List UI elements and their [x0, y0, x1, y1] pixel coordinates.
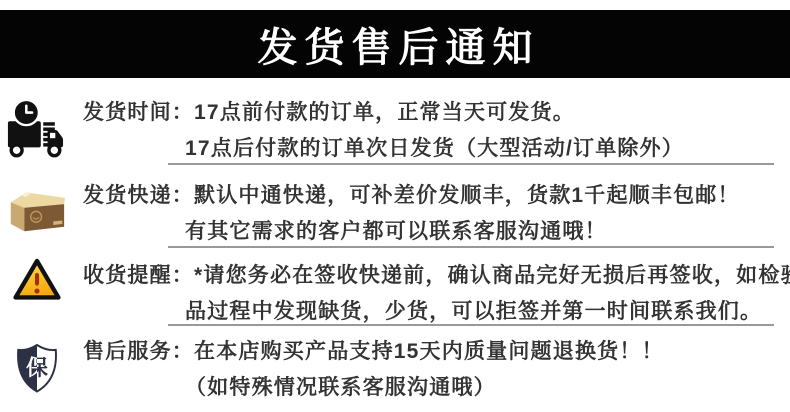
row-label: 发货快递：	[83, 184, 194, 207]
row-content: 默认中通快递，可补差价发顺丰，货款1千起顺丰包邮！	[194, 184, 740, 207]
shield-guarantee-icon: 保 保	[13, 340, 61, 398]
row-line: 售后服务：在本店购买产品支持15天内质量问题退换货！！	[83, 334, 783, 370]
row-after-sales: 售后服务：在本店购买产品支持15天内质量问题退换货！！ （如特殊情况联系客服沟通…	[83, 334, 783, 406]
divider	[168, 246, 774, 248]
divider	[168, 163, 774, 165]
notice-banner: 发货售后通知	[0, 10, 790, 78]
row-content-continued: 17点后付款的订单次日发货（大型活动/订单除外）	[83, 131, 783, 167]
notice-title: 发货售后通知	[251, 16, 540, 73]
package-box-icon	[7, 187, 67, 234]
shipping-after-sales-notice: 发货售后通知 发货时间：17点前付款的订单，正常当天可发货。 17点后付款的订单…	[0, 0, 790, 412]
row-content: 在本店购买产品支持15天内质量问题退换货！！	[194, 340, 664, 363]
row-content: *请您务必在签收快递前，确认商品完好无损后再签收，如检验商	[194, 264, 790, 287]
row-courier: 发货快递：默认中通快递，可补差价发顺丰，货款1千起顺丰包邮！ 有其它需求的客户都…	[83, 178, 783, 250]
divider	[168, 324, 774, 326]
truck-clock-icon	[6, 96, 64, 162]
row-line: 收货提醒：*请您务必在签收快递前，确认商品完好无损后再签收，如检验商	[83, 258, 783, 294]
row-label: 发货时间：	[83, 101, 194, 124]
row-line: 发货快递：默认中通快递，可补差价发顺丰，货款1千起顺丰包邮！	[83, 178, 783, 214]
row-content: 17点前付款的订单，正常当天可发货。	[194, 101, 575, 124]
warning-triangle-icon	[11, 257, 63, 303]
row-line: 发货时间：17点前付款的订单，正常当天可发货。	[83, 95, 783, 131]
row-content-continued: 有其它需求的客户都可以联系客服沟通哦！	[83, 214, 783, 250]
row-label: 收货提醒：	[83, 264, 194, 287]
row-receiving-reminder: 收货提醒：*请您务必在签收快递前，确认商品完好无损后再签收，如检验商 品过程中发…	[83, 258, 783, 330]
row-content-continued: （如特殊情况联系客服沟通哦）	[83, 370, 783, 406]
row-shipping-time: 发货时间：17点前付款的订单，正常当天可发货。 17点后付款的订单次日发货（大型…	[83, 95, 783, 167]
row-label: 售后服务：	[83, 340, 194, 363]
